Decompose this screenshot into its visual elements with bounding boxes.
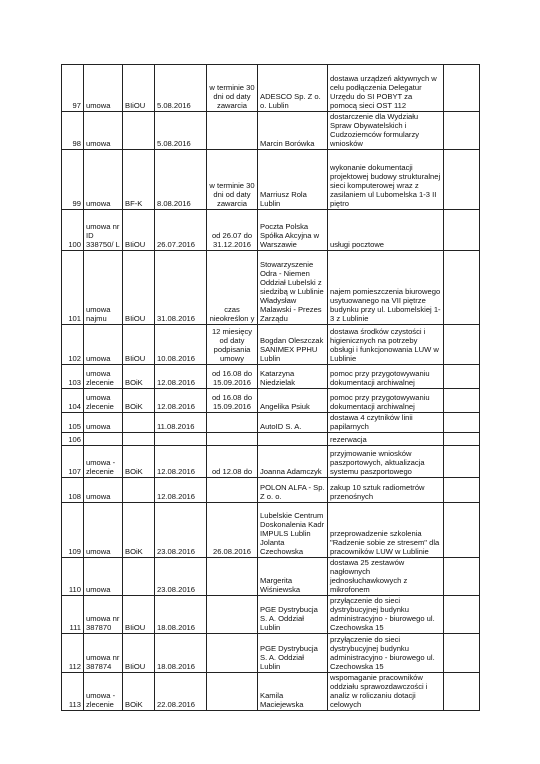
subject-cell: pomoc przy przygotowywaniu dokumentacji … [328, 365, 444, 389]
contract-type-cell: umowa [84, 150, 123, 210]
term-cell: 12 miesięcy od daty podpisania umowy [207, 325, 258, 365]
row-number-cell: 98 [62, 112, 84, 150]
row-number-cell: 109 [62, 503, 84, 558]
row-number-cell: 107 [62, 446, 84, 478]
unit-cell [123, 558, 155, 596]
term-cell: w terminie 30 dni od daty zawarcia [207, 65, 258, 112]
unit-cell [123, 433, 155, 446]
unit-cell [123, 478, 155, 503]
subject-cell: przyłączenie do sieci dystrybucyjnej bud… [328, 634, 444, 673]
row-number-cell: 112 [62, 634, 84, 673]
table-row: 98umowa5.08.2016Marcin Borówkadostarczen… [62, 112, 480, 150]
table-row: 102umowaBIiOU10.08.201612 miesięcy od da… [62, 325, 480, 365]
contractor-cell: Kamila Maciejewska [258, 673, 328, 711]
term-cell [207, 112, 258, 150]
subject-cell: dostawa urządzeń aktywnych w celu podłąc… [328, 65, 444, 112]
term-cell: od 16.08 do 15.09.2016 [207, 365, 258, 389]
subject-cell: dostawa 4 czytników linii papilarnych [328, 413, 444, 433]
date-cell: 18.08.2016 [155, 634, 207, 673]
subject-cell: przeprowadzenie szkolenia "Radzenie sobi… [328, 503, 444, 558]
unit-cell: BIiOU [123, 65, 155, 112]
contractor-cell: Angelika Psiuk [258, 389, 328, 413]
contractor-cell: Margerita Wiśniewska [258, 558, 328, 596]
contract-type-cell [84, 433, 123, 446]
subject-cell: wykonanie dokumentacji projektowej budow… [328, 150, 444, 210]
row-number-cell: 99 [62, 150, 84, 210]
date-cell: 11.08.2016 [155, 413, 207, 433]
contract-type-cell: umowa [84, 503, 123, 558]
date-cell: 12.08.2016 [155, 389, 207, 413]
table-row: 104umowa zlecenieBOiK12.08.2016od 16.08 … [62, 389, 480, 413]
date-cell: 12.08.2016 [155, 446, 207, 478]
notes-cell [444, 478, 480, 503]
notes-cell [444, 558, 480, 596]
table-row: 105umowa11.08.2016AutoID S. A.dostawa 4 … [62, 413, 480, 433]
subject-cell: najem pomieszczenia biurowego usytuowane… [328, 251, 444, 325]
date-cell: 23.08.2016 [155, 558, 207, 596]
notes-cell [444, 251, 480, 325]
table-row: 103umowa zlecenieBOiK12.08.2016od 16.08 … [62, 365, 480, 389]
table-row: 107umowa - zlecenieBOiK12.08.2016od 12.0… [62, 446, 480, 478]
row-number-cell: 102 [62, 325, 84, 365]
term-cell [207, 433, 258, 446]
subject-cell: zakup 10 sztuk radiometrów przenośnych [328, 478, 444, 503]
contract-type-cell: umowa nr 387874 [84, 634, 123, 673]
subject-cell: rezerwacja [328, 433, 444, 446]
contract-type-cell: umowa zlecenie [84, 365, 123, 389]
row-number-cell: 104 [62, 389, 84, 413]
term-cell [207, 478, 258, 503]
notes-cell [444, 503, 480, 558]
date-cell: 12.08.2016 [155, 478, 207, 503]
contract-type-cell: umowa [84, 478, 123, 503]
subject-cell: przyjmowanie wniosków paszportowych, akt… [328, 446, 444, 478]
contract-type-cell: umowa nr 387870 [84, 596, 123, 634]
date-cell: 5.08.2016 [155, 112, 207, 150]
date-cell: 26.07.2016 [155, 210, 207, 251]
contract-type-cell: umowa [84, 558, 123, 596]
table-row: 108umowa12.08.2016POLON ALFA - Sp. Z o. … [62, 478, 480, 503]
contractor-cell: Marcin Borówka [258, 112, 328, 150]
term-cell [207, 673, 258, 711]
notes-cell [444, 413, 480, 433]
table-row: 113umowa - zlecenieBOiK22.08.2016Kamila … [62, 673, 480, 711]
notes-cell [444, 365, 480, 389]
table-body: 97umowaBIiOU5.08.2016w terminie 30 dni o… [62, 65, 480, 711]
row-number-cell: 106 [62, 433, 84, 446]
contractor-cell: Katarzyna Niedzielak [258, 365, 328, 389]
table-row: 111umowa nr 387870BIiOU18.08.2016PGE Dys… [62, 596, 480, 634]
unit-cell: BOiK [123, 365, 155, 389]
unit-cell [123, 112, 155, 150]
term-cell [207, 634, 258, 673]
row-number-cell: 101 [62, 251, 84, 325]
contract-type-cell: umowa [84, 112, 123, 150]
unit-cell [123, 413, 155, 433]
contractor-cell: Bogdan Oleszczak SANIMEX PPHU Lublin [258, 325, 328, 365]
row-number-cell: 110 [62, 558, 84, 596]
contractor-cell [258, 433, 328, 446]
contractor-cell: POLON ALFA - Sp. Z o. o. [258, 478, 328, 503]
row-number-cell: 111 [62, 596, 84, 634]
term-cell [207, 413, 258, 433]
term-cell: od 12.08 do [207, 446, 258, 478]
table-row: 109umowaBOiK23.08.201626.08.2016Lubelski… [62, 503, 480, 558]
subject-cell: dostawa środków czystości i higienicznyc… [328, 325, 444, 365]
notes-cell [444, 634, 480, 673]
table-row: 97umowaBIiOU5.08.2016w terminie 30 dni o… [62, 65, 480, 112]
contract-type-cell: umowa - zlecenie [84, 446, 123, 478]
subject-cell: dostawa 25 zestawów nagłownych jednosłuc… [328, 558, 444, 596]
notes-cell [444, 433, 480, 446]
contractor-cell: Marriusz Rola Lublin [258, 150, 328, 210]
notes-cell [444, 150, 480, 210]
notes-cell [444, 596, 480, 634]
unit-cell: BF-K [123, 150, 155, 210]
table-row: 112umowa nr 387874BIiOU18.08.2016PGE Dys… [62, 634, 480, 673]
unit-cell: BIiOU [123, 251, 155, 325]
notes-cell [444, 389, 480, 413]
date-cell: 18.08.2016 [155, 596, 207, 634]
contractor-cell: ADESCO Sp. Z o. o. Lublin [258, 65, 328, 112]
contract-type-cell: umowa [84, 325, 123, 365]
date-cell: 10.08.2016 [155, 325, 207, 365]
row-number-cell: 113 [62, 673, 84, 711]
table-row: 101umowa najmuBIiOU31.08.2016czas nieokr… [62, 251, 480, 325]
subject-cell: przyłączenie do sieci dystrybucyjnej bud… [328, 596, 444, 634]
contract-type-cell: umowa [84, 413, 123, 433]
term-cell: od 26.07 do 31.12.2016 [207, 210, 258, 251]
unit-cell: BIiOU [123, 325, 155, 365]
contractor-cell: PGE Dystrybucja S. A. Oddział Lublin [258, 634, 328, 673]
table-row: 99umowaBF-K8.08.2016w terminie 30 dni od… [62, 150, 480, 210]
date-cell: 31.08.2016 [155, 251, 207, 325]
unit-cell: BIiOU [123, 634, 155, 673]
term-cell [207, 596, 258, 634]
contractor-cell: PGE Dystrybucja S. A. Oddział Lublin [258, 596, 328, 634]
row-number-cell: 108 [62, 478, 84, 503]
table-row: 106rezerwacja [62, 433, 480, 446]
date-cell: 5.08.2016 [155, 65, 207, 112]
date-cell: 22.08.2016 [155, 673, 207, 711]
notes-cell [444, 210, 480, 251]
row-number-cell: 100 [62, 210, 84, 251]
row-number-cell: 103 [62, 365, 84, 389]
unit-cell: BIiOU [123, 210, 155, 251]
date-cell: 12.08.2016 [155, 365, 207, 389]
row-number-cell: 97 [62, 65, 84, 112]
notes-cell [444, 65, 480, 112]
contractor-cell: AutoID S. A. [258, 413, 328, 433]
term-cell [207, 558, 258, 596]
notes-cell [444, 325, 480, 365]
contract-type-cell: umowa [84, 65, 123, 112]
date-cell [155, 433, 207, 446]
unit-cell: BOiK [123, 446, 155, 478]
notes-cell [444, 112, 480, 150]
notes-cell [444, 673, 480, 711]
contract-type-cell: umowa - zlecenie [84, 673, 123, 711]
contract-type-cell: umowa najmu [84, 251, 123, 325]
contractor-cell: Stowarzyszenie Odra - Niemen Oddział Lub… [258, 251, 328, 325]
table-row: 100umowa nr ID 338750/ LBIiOU26.07.2016o… [62, 210, 480, 251]
notes-cell [444, 446, 480, 478]
date-cell: 8.08.2016 [155, 150, 207, 210]
unit-cell: BOiK [123, 673, 155, 711]
unit-cell: BOiK [123, 503, 155, 558]
term-cell: od 16.08 do 15.09.2016 [207, 389, 258, 413]
subject-cell: usługi pocztowe [328, 210, 444, 251]
contractor-cell: Poczta Polska Spółka Akcyjna w Warszawie [258, 210, 328, 251]
term-cell: 26.08.2016 [207, 503, 258, 558]
term-cell: czas nieokreślon y [207, 251, 258, 325]
term-cell: w terminie 30 dni od daty zawarcia [207, 150, 258, 210]
subject-cell: wspomaganie pracowników oddziału sprawoz… [328, 673, 444, 711]
table-row: 110umowa23.08.2016Margerita Wiśniewskado… [62, 558, 480, 596]
contract-type-cell: umowa nr ID 338750/ L [84, 210, 123, 251]
unit-cell: BOiK [123, 389, 155, 413]
subject-cell: dostarczenie dla Wydziału Spraw Obywatel… [328, 112, 444, 150]
contracts-register-table: 97umowaBIiOU5.08.2016w terminie 30 dni o… [61, 64, 480, 711]
contractor-cell: Lubelskie Centrum Doskonalenia Kadr IMPU… [258, 503, 328, 558]
contractor-cell: Joanna Adamczyk [258, 446, 328, 478]
date-cell: 23.08.2016 [155, 503, 207, 558]
contract-type-cell: umowa zlecenie [84, 389, 123, 413]
subject-cell: pomoc przy przygotowywaniu dokumentacji … [328, 389, 444, 413]
row-number-cell: 105 [62, 413, 84, 433]
unit-cell: BIiOU [123, 596, 155, 634]
